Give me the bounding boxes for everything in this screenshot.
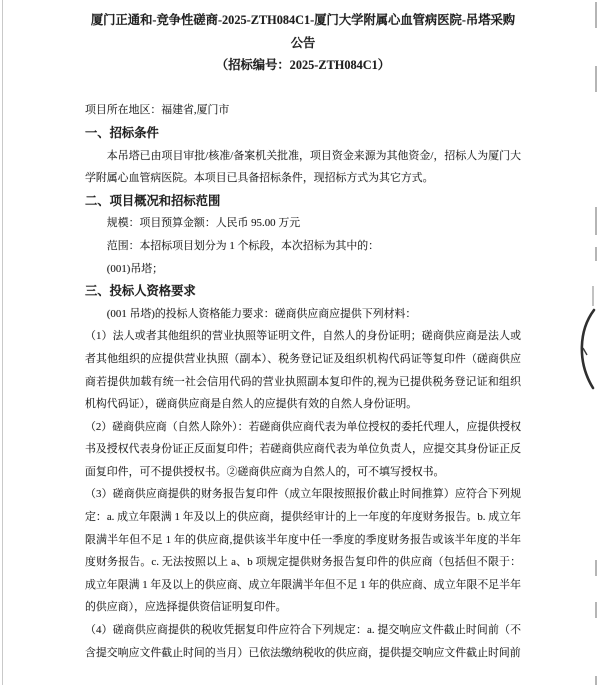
document-title: 厦门正通和-竞争性磋商-2025-ZTH084C1-厦门大学附属心血管病医院-吊… <box>85 9 521 77</box>
requirement-item-3: （3）磋商供应商提供的财务报告复印件（成立年限按照报价截止时间推算）应符合下列规… <box>85 483 521 619</box>
requirement-item-1: （1）法人或者其他组织的营业执照等证明文件，自然人的身份证明；磋商供应商是法人或… <box>85 325 521 415</box>
scan-edge-dash <box>595 247 597 261</box>
document-content: 厦门正通和-竞争性磋商-2025-ZTH084C1-厦门大学附属心血管病医院-吊… <box>85 9 521 664</box>
section-1-paragraph: 本吊塔已由项目审批/核准/备案机关批准，项目资金来源为其他资金/，招标人为厦门大… <box>85 145 521 190</box>
scan-edge-dash <box>595 66 597 92</box>
document-page: 厦门正通和-竞争性磋商-2025-ZTH084C1-厦门大学附属心血管病医院-吊… <box>0 0 598 685</box>
page-edge-line <box>2 0 3 685</box>
blank-line <box>85 77 521 100</box>
requirement-item-2: （2）磋商供应商（自然人除外）：若磋商供应商代表为单位授权的委托代理人，应提供授… <box>85 416 521 484</box>
section-1-heading: 一、招标条件 <box>85 122 521 145</box>
scan-edge-dash <box>595 602 597 618</box>
tender-number: （招标编号：2025-ZTH084C1） <box>85 54 521 77</box>
requirement-item-4: （4）磋商供应商提供的税收凭据复印件应符合下列规定：a. 提交响应文件截止时间前… <box>85 619 521 664</box>
scan-curve-artifact <box>572 278 598 398</box>
project-location: 项目所在地区：福建省,厦门市 <box>85 99 521 122</box>
section-3-heading: 三、投标人资格要求 <box>85 280 521 303</box>
scan-edge-dash <box>595 560 597 576</box>
lot-line: (001)吊塔； <box>85 258 521 281</box>
qualification-intro: (001 吊塔)的投标人资格能力要求：磋商供应商应提供下列材料： <box>85 303 521 326</box>
scan-edge-dash <box>595 676 597 685</box>
scale-line: 规模：项目预算金额：人民币 95.00 万元 <box>85 212 521 235</box>
scan-edge-dash <box>595 2 597 28</box>
scan-edge-dash <box>595 207 597 235</box>
title-line-1: 厦门正通和-竞争性磋商-2025-ZTH084C1-厦门大学附属心血管病医院-吊… <box>85 9 521 32</box>
section-2-heading: 二、项目概况和招标范围 <box>85 190 521 213</box>
title-line-2: 公告 <box>85 32 521 55</box>
scope-line: 范围：本招标项目划分为 1 个标段，本次招标为其中的： <box>85 235 521 258</box>
